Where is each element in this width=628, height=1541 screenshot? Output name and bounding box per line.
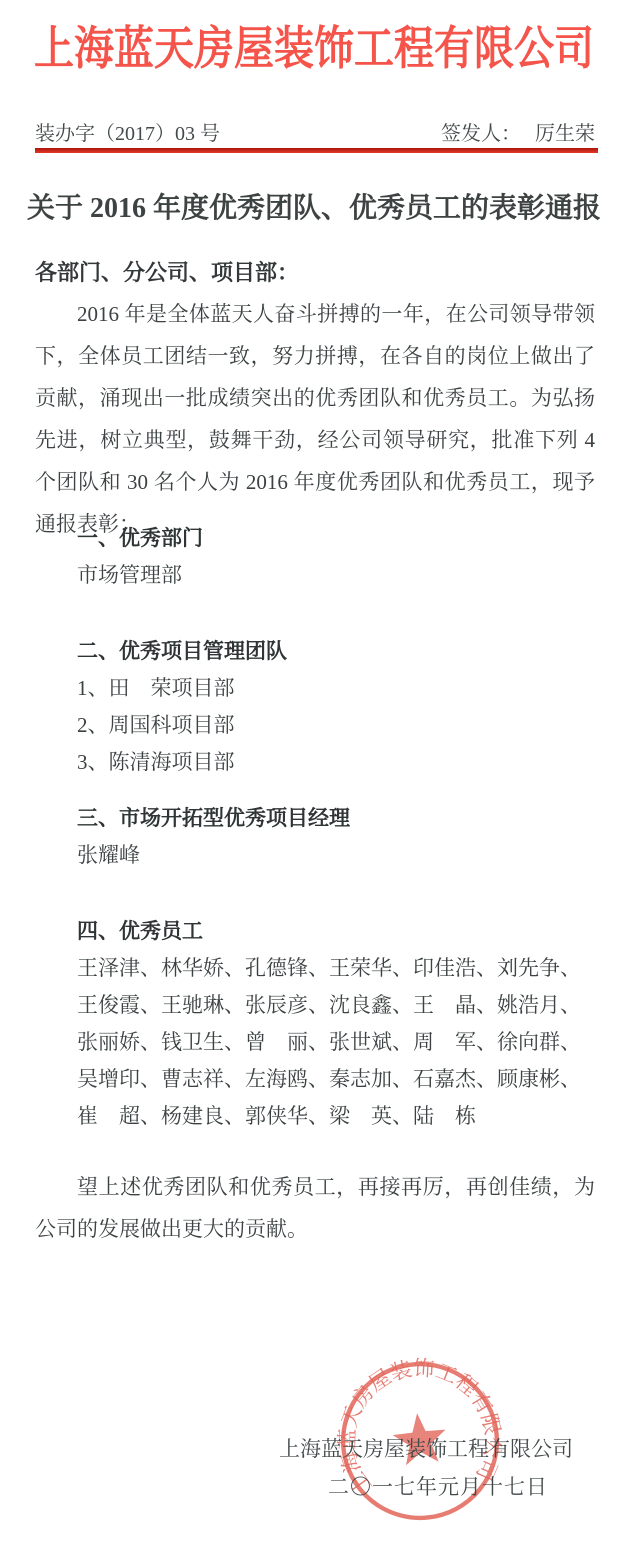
employee-names-line: 王俊霞、王驰琳、张辰彦、沈良鑫、王 晶、姚浩月、 (77, 987, 581, 1024)
doc-info-row: 装办字（2017）03 号 签发人：厉生荣 (35, 117, 595, 146)
salutation: 各部门、分公司、项目部： (35, 256, 299, 287)
signature-date: 二〇一七年元月十七日 (328, 1471, 548, 1501)
employee-names-line: 王泽津、林华娇、孔德锋、王荣华、印佳浩、刘先争、 (77, 950, 581, 987)
closing-paragraph: 望上述优秀团队和优秀员工，再接再厉，再创佳绩，为公司的发展做出更大的贡献。 (35, 1166, 595, 1250)
intro-paragraph: 2016 年是全体蓝天人奋斗拼搏的一年，在公司领导带领下，全体员工团结一致，努力… (35, 293, 595, 545)
section-line: 张耀峰 (77, 837, 350, 874)
red-divider-rule (35, 148, 598, 153)
employee-names-line: 崔 超、杨建良、郭侠华、梁 英、陆 栋 (77, 1098, 581, 1135)
employee-names-line: 张丽娇、钱卫生、曾 丽、张世斌、周 军、徐向群、 (77, 1024, 581, 1061)
section-line: 3、陈清海项目部 (77, 744, 287, 781)
section-line: 市场管理部 (77, 557, 203, 594)
section-heading: 三、市场开拓型优秀项目经理 (77, 800, 350, 837)
section-heading: 一、优秀部门 (77, 520, 203, 557)
document-title: 关于 2016 年度优秀团队、优秀员工的表彰通报 (0, 186, 628, 226)
issuer-name: 厉生荣 (535, 123, 595, 145)
section-line: 1、田 荣项目部 (77, 670, 287, 707)
section-market-pioneer-manager: 三、市场开拓型优秀项目经理 张耀峰 (77, 800, 350, 874)
issuer: 签发人：厉生荣 (441, 117, 595, 146)
doc-number: 装办字（2017）03 号 (35, 117, 220, 146)
document-page: 上海蓝天房屋装饰工程有限公司 装办字（2017）03 号 签发人：厉生荣 关于 … (0, 0, 628, 1541)
employee-names-line: 吴增印、曹志祥、左海鸥、秦志加、石嘉杰、顾康彬、 (77, 1061, 581, 1098)
company-masthead: 上海蓝天房屋装饰工程有限公司 (0, 12, 628, 78)
section-heading: 二、优秀项目管理团队 (77, 633, 287, 670)
section-line: 2、周国科项目部 (77, 707, 287, 744)
signature-company: 上海蓝天房屋装饰工程有限公司 (279, 1433, 573, 1463)
section-excellent-employees: 四、优秀员工 王泽津、林华娇、孔德锋、王荣华、印佳浩、刘先争、 王俊霞、王驰琳、… (77, 913, 581, 1135)
issuer-label: 签发人： (441, 123, 521, 145)
section-excellent-project-teams: 二、优秀项目管理团队 1、田 荣项目部 2、周国科项目部 3、陈清海项目部 (77, 633, 287, 781)
section-excellent-department: 一、优秀部门 市场管理部 (77, 520, 203, 594)
section-heading: 四、优秀员工 (77, 913, 581, 950)
